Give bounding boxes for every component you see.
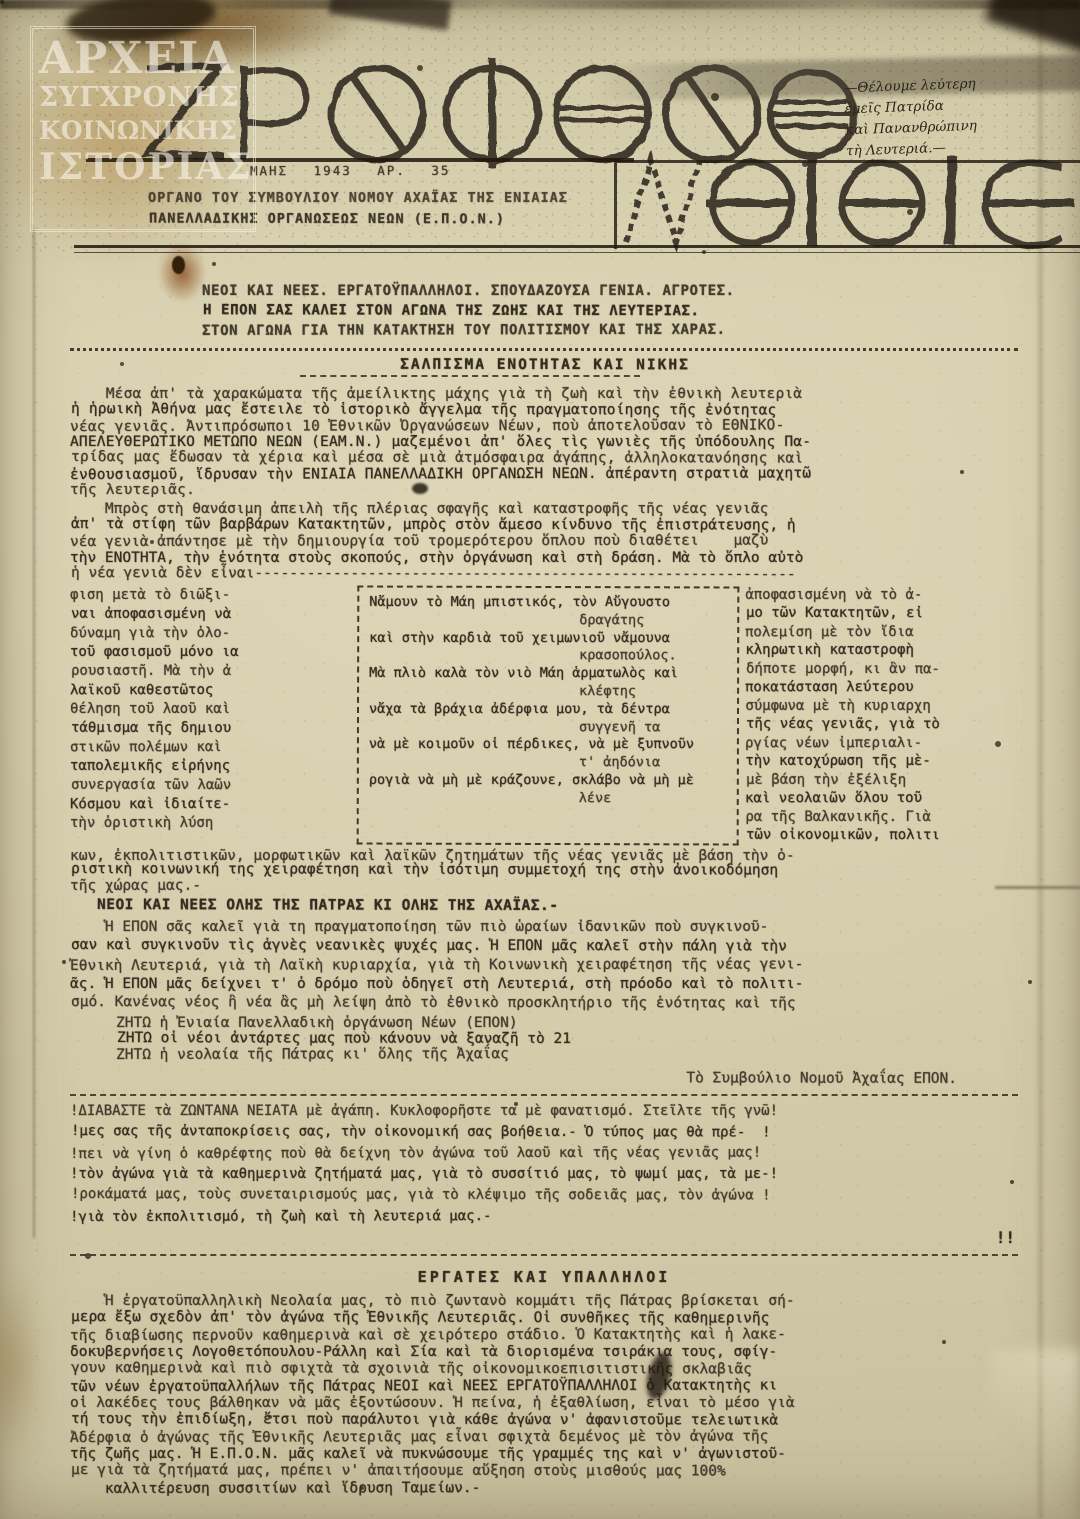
watermark-line: ΣΥΓΧΡΟΝΗΣ (39, 81, 247, 114)
slogan-line: τὴ Λευτεριά.— (846, 137, 978, 163)
column-line: τάθμισμα τῆς δημιου (71, 718, 358, 738)
ink-specks (0, 0, 4, 4)
stain-brown (35, 0, 371, 85)
poem-verse-hang: κλέφτης (369, 682, 733, 701)
poem-verse-hang: συγγενῆ τα (369, 718, 733, 737)
column-line: πολεμίση μὲ τὸν ἴδια (745, 622, 1018, 641)
letter-a-bars (558, 108, 646, 120)
organ-line: ΟΡΓΑΝΟ ΤΟΥ ΣΥΜΒΟΥΛΙΟΥ ΝΟΜΟΥ ΑΧΑΪΑΣ ΤΗΣ Ε… (148, 188, 568, 209)
column-line: μὲ βάση τὴν ἐξέλιξη (746, 770, 1019, 789)
left-column: φιση μετὰ τὸ διῶξι-ναι ἀποφασισμένη νὰδύ… (70, 586, 357, 845)
body-line: σμό. Κανένας νέος ἢ νέα ἂς μὴ λείψη ἀπὸ … (71, 993, 1019, 1014)
poem-verse-hang: λένε (369, 789, 733, 808)
poem-line: Νἄμουν τὸ Μάη μπιστικός, τὸν Αὔγουστο δρ… (370, 593, 734, 630)
column-line: τὴν κατοχύρωση τῆς μὲ- (745, 752, 1018, 771)
column-line: τοῦ φασισμοῦ μόνο ια (70, 643, 357, 662)
stain-tan (0, 18, 252, 268)
body-line: μερα ἔξω σχεδὸν ἀπ' τὸν ἀγώνα τῆς Ἐθνικῆ… (71, 1309, 1019, 1328)
body-line: με γιὰ τὰ ζητήματά μας, πρέπει ν' ἀπαιτή… (71, 1462, 1019, 1481)
column-line: δήποτε μορφή, κι ἂν πα- (746, 659, 1019, 678)
body-line: ἡ νέα γενιὰ δὲν εἶναι-------------------… (71, 565, 1019, 583)
column-line: τῆς νέας γενιᾶς, γιὰ τὸ (746, 715, 1019, 734)
body-line: τῆς διαβίωσης περνοῦν καθημερινὰ καὶ σὲ … (70, 1326, 1018, 1345)
column-line: τῶν οἰκονομικῶν, πολιτι (746, 826, 1019, 845)
headline: ΝΕΟΙ ΚΑΙ ΝΕΕΣ. ΕΡΓΑΤΟΫΠΑΛΛΗΛΟΙ. ΣΠΟΥΔΑΖΟ… (202, 282, 1018, 341)
body-line: τῶν νέων ἐργατοϋπαλλήλων τῆς Πάτρας ΝΕΟΙ… (70, 1377, 1018, 1396)
paragraph-1: Μέσα ἀπ' τὰ χαρακώματα τῆς ἀμείλικτης μά… (70, 386, 1018, 498)
dashed-divider (70, 1094, 1018, 1096)
body-line: τή τους τὴν ἐπιδίωξη, ἔτσι ποὺ παράλυτοι… (71, 1411, 1019, 1430)
column-line: συνεργασία τῶν λαῶν (71, 775, 358, 795)
letter-n2-circle (666, 68, 758, 160)
dotted-divider (70, 348, 1018, 353)
body-line: σαν καὶ συγκινοῦν τὶς ἁγνὲς νεανικὲς ψυχ… (71, 936, 1019, 957)
body-line: ἡ ἡρωικὴ Ἀθήνα μας ἔστειλε τὸ ἱστορικὸ ἄ… (71, 401, 1019, 419)
column-line: ταπολεμικῆς εἰρήνης (70, 757, 357, 776)
body-line: Μέσα ἀπ' τὰ χαρακώματα τῆς ἀμείλικτης μά… (70, 386, 1018, 402)
body-line: γουν καθημερινὰ καὶ πιὸ σφιχτὰ τὰ σχοινι… (71, 1360, 1019, 1379)
fold-crease-left (33, 228, 35, 1238)
article-2-body: Ἡ ἐργατοϋπαλληλικὴ Νεολαία μας, τὸ πιὸ ζ… (70, 1293, 1018, 1497)
letter-t-circle (446, 68, 538, 160)
right-column: ἀποφασισμένη νὰ τὸ ἀ-μο τῶν Κατακτητῶν, … (739, 586, 1018, 845)
body-line: τῆς χώρας μας.- (70, 877, 1018, 894)
letter-e-circle (712, 163, 792, 243)
body-line: τρίδας μας ἔδωσαν τὰ χέρια καὶ μέσα σὲ μ… (71, 449, 1019, 467)
poem-verse-hang: δραγάτης (370, 611, 734, 630)
masthead-baseline-rule (86, 158, 634, 162)
body-line: νέα γενιὰ ἀπάντησε μὲ τὴν δημιουργία τοῦ… (70, 532, 1018, 550)
rust-spot-core (172, 256, 185, 274)
body-line: Ἐθνικὴ Λευτεριά, γιὰ τὴ Λαϊκὴ κυριαρχία,… (70, 955, 1018, 976)
paragraph-3: Ἡ ΕΠΟΝ σᾶς καλεῖ γιὰ τη πραγματοποίηση τ… (70, 918, 1018, 1013)
body-line: ᾶς. Ἡ ΕΠΟΝ μᾶς δείχνει τ' ὁ δρόμο ποὺ ὁδ… (70, 975, 1018, 994)
poem-verse: Μὰ πλιὸ καλὰ τὸν νιὸ Μάη ἁρματωλὸς καὶ (370, 665, 734, 683)
appeal-end-mark: !! (71, 1226, 1019, 1247)
headline-line: Η ΕΠΟΝ ΣΑΣ ΚΑΛΕΙ ΣΤΟΝ ΑΓΩΝΑ ΤΗΣ ΖΩΗΣ ΚΑΙ… (203, 301, 1019, 322)
column-line: δύναμη γιὰ τὴν ὁλο- (70, 623, 357, 643)
column-line: λαϊκοῦ καθεστῶτος (70, 680, 357, 700)
paragraph-2: Μπρὸς στὴ θανάσιμη ἀπειλὴ τῆς πλέριας σφ… (70, 501, 1018, 583)
subheading: ΝΕΟΙ ΚΑΙ ΝΕΕΣ ΟΛΗΣ ΤΗΣ ΠΑΤΡΑΣ ΚΙ ΟΛΗΣ ΤΗ… (97, 897, 1019, 915)
column-line: στικῶν πολέμων καὶ (70, 737, 357, 757)
column-line: ρουσιαστῆ. Μὰ τὴν ἀ (71, 661, 358, 681)
column-line: ποκατάσταση λεύτερου (745, 678, 1018, 697)
appeal-line: !γιὰ τὸν ἐκπολιτισμό, τὴ ζωὴ καὶ τὴ λευτ… (70, 1205, 1018, 1228)
letter-a2-stripes (772, 102, 852, 126)
column-line: φιση μετὰ τὸ διῶξι- (70, 586, 357, 605)
body-line: Ἡ ἐργατοϋπαλληλικὴ Νεολαία μας, τὸ πιὸ ζ… (70, 1293, 1018, 1310)
body-line: Ἀδέρφια ὁ ἀγώνας τῆς Ἐθνικῆς Λευτεριᾶς μ… (70, 1428, 1018, 1447)
letter-a-circle (556, 68, 648, 160)
body-line: τὴν ΕΝΟΤΗΤΑ, τὴν ἑνότητα στοὺς σκοπούς, … (70, 550, 1018, 566)
column-line: σύμφωνα μὲ τὴ κυριαρχη (745, 697, 1018, 716)
column-line: καὶ νεολαιῶν ὅλου τοῦ (745, 789, 1018, 808)
scanned-newspaper-page: ΜΑΗΣ 1943 ΑΡ. 35 —Θέλουμε λεύτερηἐμεῖς Π… (0, 0, 1080, 1519)
column-line: θέληση τοῦ λαοῦ καὶ (70, 700, 357, 719)
letter-a3-circle (842, 163, 922, 243)
column-line: μο τῶν Κατακτητῶν, εἰ (746, 604, 1019, 623)
organ-subtitle: ΟΡΓΑΝΟ ΤΟΥ ΣΥΜΒΟΥΛΙΟΥ ΝΟΜΟΥ ΑΧΑΪΑΣ ΤΗΣ Ε… (148, 188, 568, 230)
poem-verse: Νἄμουν τὸ Μάη μπιστικός, τὸν Αὔγουστο (370, 593, 734, 611)
watermark-line: ΙΣΤΟΡΙΑΣ (39, 147, 247, 187)
top-edge-smear (0, 0, 1080, 9)
letter-n-circle (331, 68, 423, 160)
section-title: ΣΑΛΠΙΣΜΑ ΕΝΟΤΗΤΑΣ ΚΑΙ ΝΙΚΗΣ (71, 356, 1019, 374)
letter-a2-circle (770, 72, 854, 156)
poem-box: Νἄμουν τὸ Μάη μπιστικός, τὸν Αὔγουστο δρ… (357, 585, 740, 845)
column-line: τὴν ὁριστικὴ λύση (70, 814, 357, 833)
poem-line: ρογιὰ νὰ μὴ μὲ κράζουνε, σκλάβο νὰ μὴ μὲ… (369, 771, 733, 808)
slogan-zito-line: ΖΗΤΩ ἡ νεολαία τῆς Πάτρας κι' ὅλης τῆς Ἀ… (116, 1046, 1018, 1063)
column-line: ργίας νέων ἰμπεριαλι- (745, 733, 1018, 752)
handwritten-slogan: —Θέλουμε λεύτερηἐμεῖς Πατρίδακαὶ Πανανθρ… (844, 74, 979, 163)
appeal-line: !τὸν ἀγώνα γιὰ τὰ καθημερινὰ ζητήματά μα… (70, 1164, 1018, 1185)
letter-n-stroke (352, 76, 406, 154)
body-line: νέας γενιᾶς. Ἀντιπρόσωποι 10 Ἐθνικῶν Ὀργ… (70, 417, 1018, 435)
masthead-title-box (614, 160, 1080, 249)
appeal-line: !ΔΙΑΒΑΣΤΕ τὰ ΖΩΝΤΑΝΑ ΝΕΙΑΤΑ μὲ ἀγάπη. Κυ… (70, 1101, 1018, 1122)
headline-line: ΝΕΟΙ ΚΑΙ ΝΕΕΣ. ΕΡΓΑΤΟΫΠΑΛΛΗΛΟΙ. ΣΠΟΥΔΑΖΟ… (202, 282, 1018, 302)
poem-line: καὶ στὴν καρδιὰ τοῦ χειμωνιοῦ νἄμουνα κρ… (370, 629, 734, 666)
headline-line: ΣΤΟΝ ΑΓΩΝΑ ΓΙΑ ΤΗΝ ΚΑΤΑΚΤΗΣΗ ΤΟΥ ΠΟΛΙΤΙΣ… (202, 320, 1018, 341)
fold-crease-right (1039, 0, 1042, 1519)
poem-verse: ρογιὰ νὰ μὴ μὲ κράζουνε, σκλάβο νὰ μὴ μὲ (369, 771, 733, 789)
poem-line: νἄχα τὰ βράχια ἀδέρφια μου, τὰ δέντρα συ… (369, 700, 733, 737)
corner-ink-mark (985, 0, 1080, 60)
page-body: ΝΕΟΙ ΚΑΙ ΝΕΕΣ. ΕΡΓΑΤΟΫΠΑΛΛΗΛΟΙ. ΣΠΟΥΔΑΖΟ… (70, 282, 1018, 1497)
masthead-bottom-rule (74, 245, 1080, 253)
body-line: ἐνθουσιασμοῦ, ἵδρυσαν τὴν ΕΝΙΑΙΑ ΠΑΝΕΛΛΑ… (70, 465, 1018, 483)
body-line: καλλιτέρευση συσσιτίων καὶ ἵδρυση Ταμείω… (70, 1479, 1018, 1498)
body-line: ριστικὴ κοινωνική της χειραφέτηση καὶ τὴ… (71, 862, 1019, 879)
poem-verse: νἄχα τὰ βράχια ἀδέρφια μου, τὰ δέντρα (369, 700, 733, 718)
three-column-section: φιση μετὰ τὸ διῶξι-ναι ἀποφασισμένη νὰδύ… (70, 586, 1018, 845)
poem-line: Μὰ πλιὸ καλὰ τὸν νιὸ Μάη ἁρματωλὸς καὶ κ… (369, 664, 733, 701)
letter-z (146, 66, 224, 156)
letter-a4-arc (985, 163, 1062, 246)
dateline: ΜΑΗΣ 1943 ΑΡ. 35 (250, 163, 450, 178)
stain-bottom-left (0, 1271, 42, 1461)
gray-smudge (590, 55, 1080, 101)
appeal-line: !ροκάματά μας, τοὺς συνεταιρισμούς μας, … (71, 1184, 1019, 1207)
top-middle-smear (328, 0, 451, 30)
letter-n2-stroke (687, 76, 741, 154)
column-line: Κόσμου καὶ ἰδιαίτε- (70, 794, 357, 814)
body-line: τῆς ζωῆς μας. Ἡ Ε.Π.Ο.Ν. μᾶς καλεῖ νὰ πυ… (70, 1446, 1018, 1463)
poem-verse-hang: τ' ἀηδόνια (369, 753, 733, 772)
organ-line: ΠΑΝΕΛΛΑΔΙΚΗΣ ΟΡΓΑΝΩΣΕΩΣ ΝΕΩΝ (Ε.Π.Ο.Ν.) (149, 209, 569, 231)
appeal-line: !πει νὰ γίνη ὁ καθρέφτης ποὺ θὰ δείχνη τ… (70, 1142, 1018, 1165)
section-title-underline (300, 375, 640, 377)
body-line: ΑΠΕΛΕΥΘΕΡΩΤΙΚΟ ΜΕΤΩΠΟ ΝΕΩΝ (ΕΑΜ.Ν.) μαζε… (70, 434, 1018, 450)
column-line: ναι ἀποφασισμένη νὰ (71, 604, 358, 624)
dashed-divider-2 (70, 1254, 1018, 1256)
column-line: ρα τῆς Βαλκανικῆς. Γιὰ (745, 808, 1018, 827)
body-line: δοκυβερνήσεις Λογοθετόπουλου-Ράλλη καὶ Σ… (70, 1344, 1018, 1361)
letter-n3-zigzag (626, 160, 700, 242)
poem-verse: νὰ μὲ κοιμοῦν οἱ πέρδικες, νὰ μὲ ξυπνοῦν (369, 736, 733, 754)
poem-verse: καὶ στὴν καρδιὰ τοῦ χειμωνιοῦ νἄμουνα (370, 629, 734, 647)
body-line: τῆς λευτεριᾶς. (70, 482, 1018, 498)
column-line: ἀποφασισμένη νὰ τὸ ἀ- (745, 586, 1018, 605)
paragraph-after-columns: κων, ἐκπολιτιστικῶν, μορφωτικῶν καὶ λαϊκ… (70, 849, 1018, 893)
body-line: Μπρὸς στὴ θανάσιμη ἀπειλὴ τῆς πλέριας σφ… (70, 501, 1018, 517)
body-line: Ἡ ΕΠΟΝ σᾶς καλεῖ γιὰ τη πραγματοποίηση τ… (70, 918, 1018, 937)
slogans-block: ΖΗΤΩ ἡ Ἐνιαία Πανελλαδικὴ ὀργάνωση Νέων … (116, 1016, 1018, 1063)
watermark-line: ΑΡΧΕΙΑ (39, 37, 247, 81)
appeal-box: !ΔΙΑΒΑΣΤΕ τὰ ΖΩΝΤΑΝΑ ΝΕΙΑΤΑ μὲ ἀγάπη. Κυ… (70, 1101, 1018, 1227)
signature: Τὸ Συμβούλιο Νομοῦ Ἀχαΐας ΕΠΟΝ. (71, 1069, 1019, 1087)
letter-omega (244, 66, 306, 160)
appeal-line: !μες σας τῆς ἀνταποκρίσεις σας, τὴν οἰκο… (71, 1121, 1019, 1144)
section-2-title: ΕΡΓΑΤΕΣ ΚΑΙ ΥΠΑΛΛΗΛΟΙ (70, 1268, 1018, 1286)
body-line: οἱ λακέδες τους βάλθηκαν νὰ μᾶς ἐξοντώσο… (70, 1395, 1018, 1412)
ink-smear (64, 0, 218, 50)
watermark-line: ΚΟΙΝΩΝΙΚΗΣ (39, 114, 247, 147)
poem-line: νὰ μὲ κοιμοῦν οἱ πέρδικες, νὰ μὲ ξυπνοῦν… (369, 735, 733, 772)
poem-verse-hang: κρασοπούλος. (370, 646, 734, 665)
letter-t2-bar (950, 156, 952, 246)
column-line: κληρωτικὴ καταστροφὴ (745, 641, 1018, 660)
